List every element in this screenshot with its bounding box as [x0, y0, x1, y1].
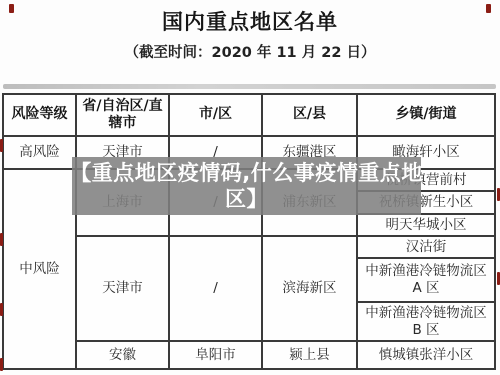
- column-header-street: 乡镇/街道: [358, 95, 494, 135]
- cell-province: 天津市: [77, 237, 168, 340]
- cell-province: 安徽: [77, 342, 168, 368]
- edge-mark: [0, 139, 3, 152]
- edge-mark: [0, 358, 3, 371]
- cell-street: 汉沽街: [358, 237, 494, 257]
- watermark-caption-line2: 区】: [225, 186, 268, 212]
- edge-mark: [0, 303, 3, 316]
- cell-street: 中新渔港冷链物流区 A 区: [358, 259, 494, 301]
- risk-area-table: 风险等级 省/自治区/直辖市 市/区 区/县 乡镇/街道 高风险 天津市 / 东…: [2, 93, 496, 370]
- column-header-district: 区/县: [263, 95, 356, 135]
- cell-district: 颍上县: [263, 342, 356, 368]
- cell-city: /: [170, 237, 261, 340]
- cell-city: 阜阳市: [170, 342, 261, 368]
- edge-mark: [0, 233, 3, 246]
- page-title: 国内重点地区名单: [0, 6, 500, 36]
- risk-level-high: 高风险: [4, 137, 75, 168]
- risk-level-medium: 中风险: [4, 170, 75, 368]
- page-subtitle: （截至时间：2020 年 11 月 22 日）: [0, 41, 500, 62]
- cell-street: 慎城镇张洋小区: [358, 342, 494, 368]
- column-header-risk-level: 风险等级: [4, 95, 75, 135]
- document-page: 国内重点地区名单 （截至时间：2020 年 11 月 22 日） 风险等级 省/…: [0, 0, 500, 375]
- column-header-city: 市/区: [170, 95, 261, 135]
- watermark-caption-line1: 【重点地区疫情码,什么事疫情重点地: [70, 160, 422, 186]
- column-header-province: 省/自治区/直辖市: [77, 95, 168, 135]
- edge-mark: [9, 4, 14, 13]
- edge-mark: [486, 4, 491, 13]
- watermark-caption: 【重点地区疫情码,什么事疫情重点地 区】: [72, 157, 421, 215]
- cell-district: 滨海新区: [263, 237, 356, 340]
- cell-street: 中新渔港冷链物流区 B 区: [358, 303, 494, 340]
- cell-street: 明天华城小区: [358, 215, 494, 235]
- page-fold-shadow: [3, 84, 496, 89]
